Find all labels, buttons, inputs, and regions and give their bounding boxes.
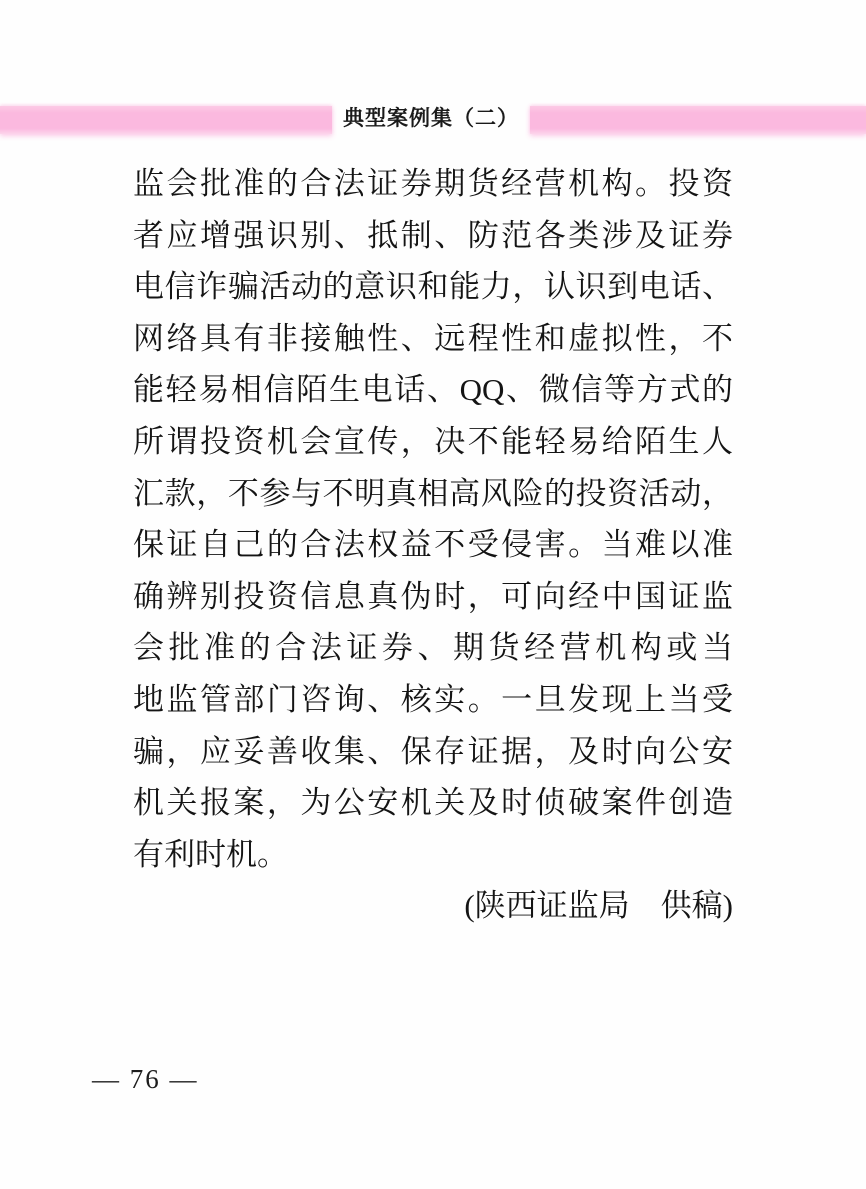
body-line: 保证自己的合法权益不受侵害。当难以准 — [133, 519, 733, 571]
page-number: — 76 — — [92, 1064, 199, 1095]
body-line-last: 有利时机。 — [133, 829, 733, 881]
header-rule-right — [530, 106, 866, 134]
body-line: 机关报案，为公安机关及时侦破案件创造 — [133, 777, 733, 829]
attribution-credit: (陕西证监局 供稿) — [133, 880, 733, 932]
running-head-title: 典型案例集（二） — [332, 104, 530, 136]
body-paragraph: 监会批准的合法证券期货经营机构。投资 者应增强识别、抵制、防范各类涉及证券 电信… — [133, 158, 733, 932]
body-line: 能轻易相信陌生电话、QQ、微信等方式的 — [133, 364, 733, 416]
body-line: 骗，应妥善收集、保存证据，及时向公安 — [133, 726, 733, 778]
body-line: 所谓投资机会宣传，决不能轻易给陌生人 — [133, 416, 733, 468]
header-rule-left — [0, 106, 332, 134]
body-line: 监会批准的合法证券期货经营机构。投资 — [133, 158, 733, 210]
body-line: 者应增强识别、抵制、防范各类涉及证券 — [133, 210, 733, 262]
body-line: 电信诈骗活动的意识和能力，认识到电话、 — [133, 261, 733, 313]
book-page: 典型案例集（二） 监会批准的合法证券期货经营机构。投资 者应增强识别、抵制、防范… — [0, 0, 866, 1189]
body-line: 汇款，不参与不明真相高风险的投资活动， — [133, 468, 733, 520]
body-line: 会批准的合法证券、期货经营机构或当 — [133, 622, 733, 674]
body-line: 确辨别投资信息真伪时，可向经中国证监 — [133, 571, 733, 623]
body-line: 地监管部门咨询、核实。一旦发现上当受 — [133, 674, 733, 726]
body-line: 网络具有非接触性、远程性和虚拟性，不 — [133, 313, 733, 365]
